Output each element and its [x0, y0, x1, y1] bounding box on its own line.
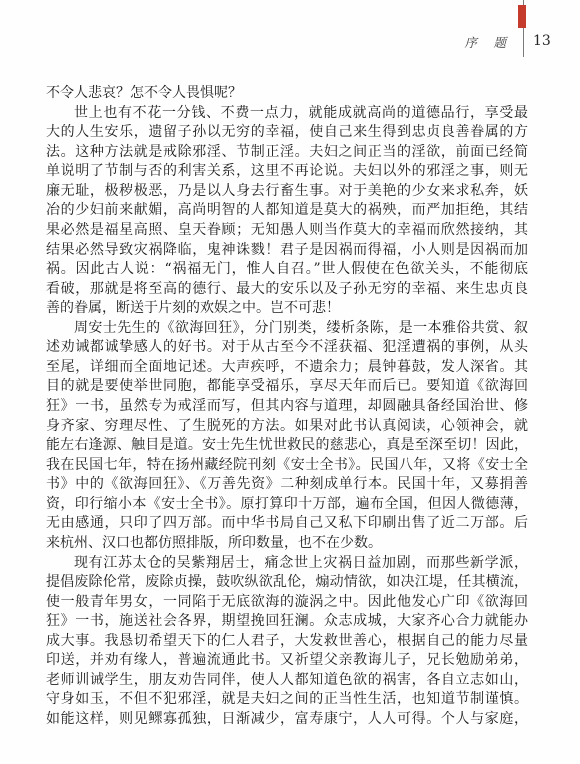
- text-line: 善的眷属，断送于片刻的欢娱之中。岂不可悲！: [46, 299, 528, 319]
- text-line: 狂》一书，虽然专为戒淫而写，但其内容与道理，却圆融具备经国治世、修: [46, 397, 528, 417]
- text-line: 周安士先生的《欲海回狂》，分门别类，缕析条陈，是一本雅俗共赏、叙: [46, 319, 528, 339]
- text-line: 狂》一书，施送社会各界，期望挽回狂澜。众志成城，大家齐心合力就能办: [46, 612, 528, 632]
- body-text: 不令人悲哀？怎不令人畏惧呢？世上也有不花一分钱、不费一点力，就能成就高尚的道德品…: [46, 84, 528, 730]
- text-line: 能左右逢源、触目是道。安士先生忧世救民的慈悲心，真是至深至切！因此，: [46, 436, 528, 456]
- text-line: 法。这种方法就是戒除邪淫、节制正淫。夫妇之间正当的淫欲，前面已经简: [46, 143, 528, 163]
- red-corner-marker: [518, 5, 526, 28]
- text-line: 来杭州、汉口也都仿照排版，所印数量，也不在少数。: [46, 534, 528, 554]
- text-line: 祸。因此古人说：“祸福无门，惟人自召。”世人假使在色欲关头，不能彻底: [46, 260, 528, 280]
- text-line: 提倡废除伦常，废除贞操，鼓吹纵欲乱伦，煽动情欲，如决江堤，任其横流，: [46, 573, 528, 593]
- text-line: 守身如玉，不但不犯邪淫，就是夫妇之间的正当性生活，也知道节制谨慎。: [46, 690, 528, 710]
- text-line: 印送，并劝有缘人，普遍流通此书。又祈望父亲教诲儿子，兄长勉励弟弟，: [46, 651, 528, 671]
- page-number: 13: [533, 33, 551, 49]
- text-line: 大的人生安乐，遗留子孙以无穷的幸福，使自己来生得到忠贞良善眷属的方: [46, 123, 528, 143]
- text-line: 无由感通，只印了四万部。而中华书局自己又私下印刷出售了近二万部。后: [46, 514, 528, 534]
- text-line: 看破，那就是将至高的德行、最大的安乐以及子孙无穷的幸福、来生忠贞良: [46, 280, 528, 300]
- text-line: 成大事。我恳切希望天下的仁人君子，大发救世善心，根据自己的能力尽量: [46, 632, 528, 652]
- text-line: 资，印行缩小本《安士全书》。原打算印十万部，遍布全国，但因人微德薄，: [46, 495, 528, 515]
- running-title: 序 题: [464, 33, 508, 51]
- text-line: 廉无耻，极秽极恶，乃是以人身去行畜生事。对于美艳的少女来求私奔，妖: [46, 182, 528, 202]
- text-line: 单说明了节制与否的利害关系，这里不再论说。夫妇以外的邪淫之事，则无: [46, 162, 528, 182]
- text-line: 不令人悲哀？怎不令人畏惧呢？: [46, 84, 528, 104]
- text-line: 身齐家、穷理尽性、了生脱死的方法。如果对此书认真阅读，心领神会，就: [46, 417, 528, 437]
- text-line: 至尾，详细而全面地记述。大声疾呼，不遗余力；晨钟暮鼓，发人深省。其: [46, 358, 528, 378]
- text-line: 结果必然导致灾祸降临，鬼神诛戮！君子是因祸而得福，小人则是因祸而加: [46, 241, 528, 261]
- text-line: 世上也有不花一分钱、不费一点力，就能成就高尚的道德品行，享受最: [46, 104, 528, 124]
- text-line: 果必然是福星高照、皇天眷顾；无知愚人则当作莫大的幸福而欣然接纳，其: [46, 221, 528, 241]
- text-line: 使一般青年男女，一同陷于无底欲海的漩涡之中。因此他发心广印《欲海回: [46, 593, 528, 613]
- text-line: 述劝诫都诚挚感人的好书。对于从古至今不淫获福、犯淫遭祸的事例，从头: [46, 338, 528, 358]
- text-line: 我在民国七年，特在扬州藏经院刊刻《安士全书》。民国八年，又将《安士全: [46, 456, 528, 476]
- text-line: 老师训诫学生，朋友劝告同伴，使人人都知道色欲的祸害，各自立志如山，: [46, 671, 528, 691]
- text-line: 书》中的《欲海回狂》、《万善先资》二种刻成单行本。民国十年，又募捐善: [46, 475, 528, 495]
- text-line: 冶的少妇前来献媚，高尚明智的人都知道是莫大的祸殃，而严加拒绝，其结: [46, 201, 528, 221]
- book-page: 序 题 13 不令人悲哀？怎不令人畏惧呢？世上也有不花一分钱、不费一点力，就能成…: [0, 0, 580, 764]
- text-line: 如能这样，则见鳏寡孤独，日渐减少，富寿康宁，人人可得。个人与家庭，: [46, 710, 528, 730]
- text-line: 现有江苏太仓的吴紫翔居士，痛念世上灾祸日益加剧，而那些新学派，: [46, 554, 528, 574]
- text-line: 目的就是要使举世同胞，都能享受福乐，享尽天年而后已。要知道《欲海回: [46, 377, 528, 397]
